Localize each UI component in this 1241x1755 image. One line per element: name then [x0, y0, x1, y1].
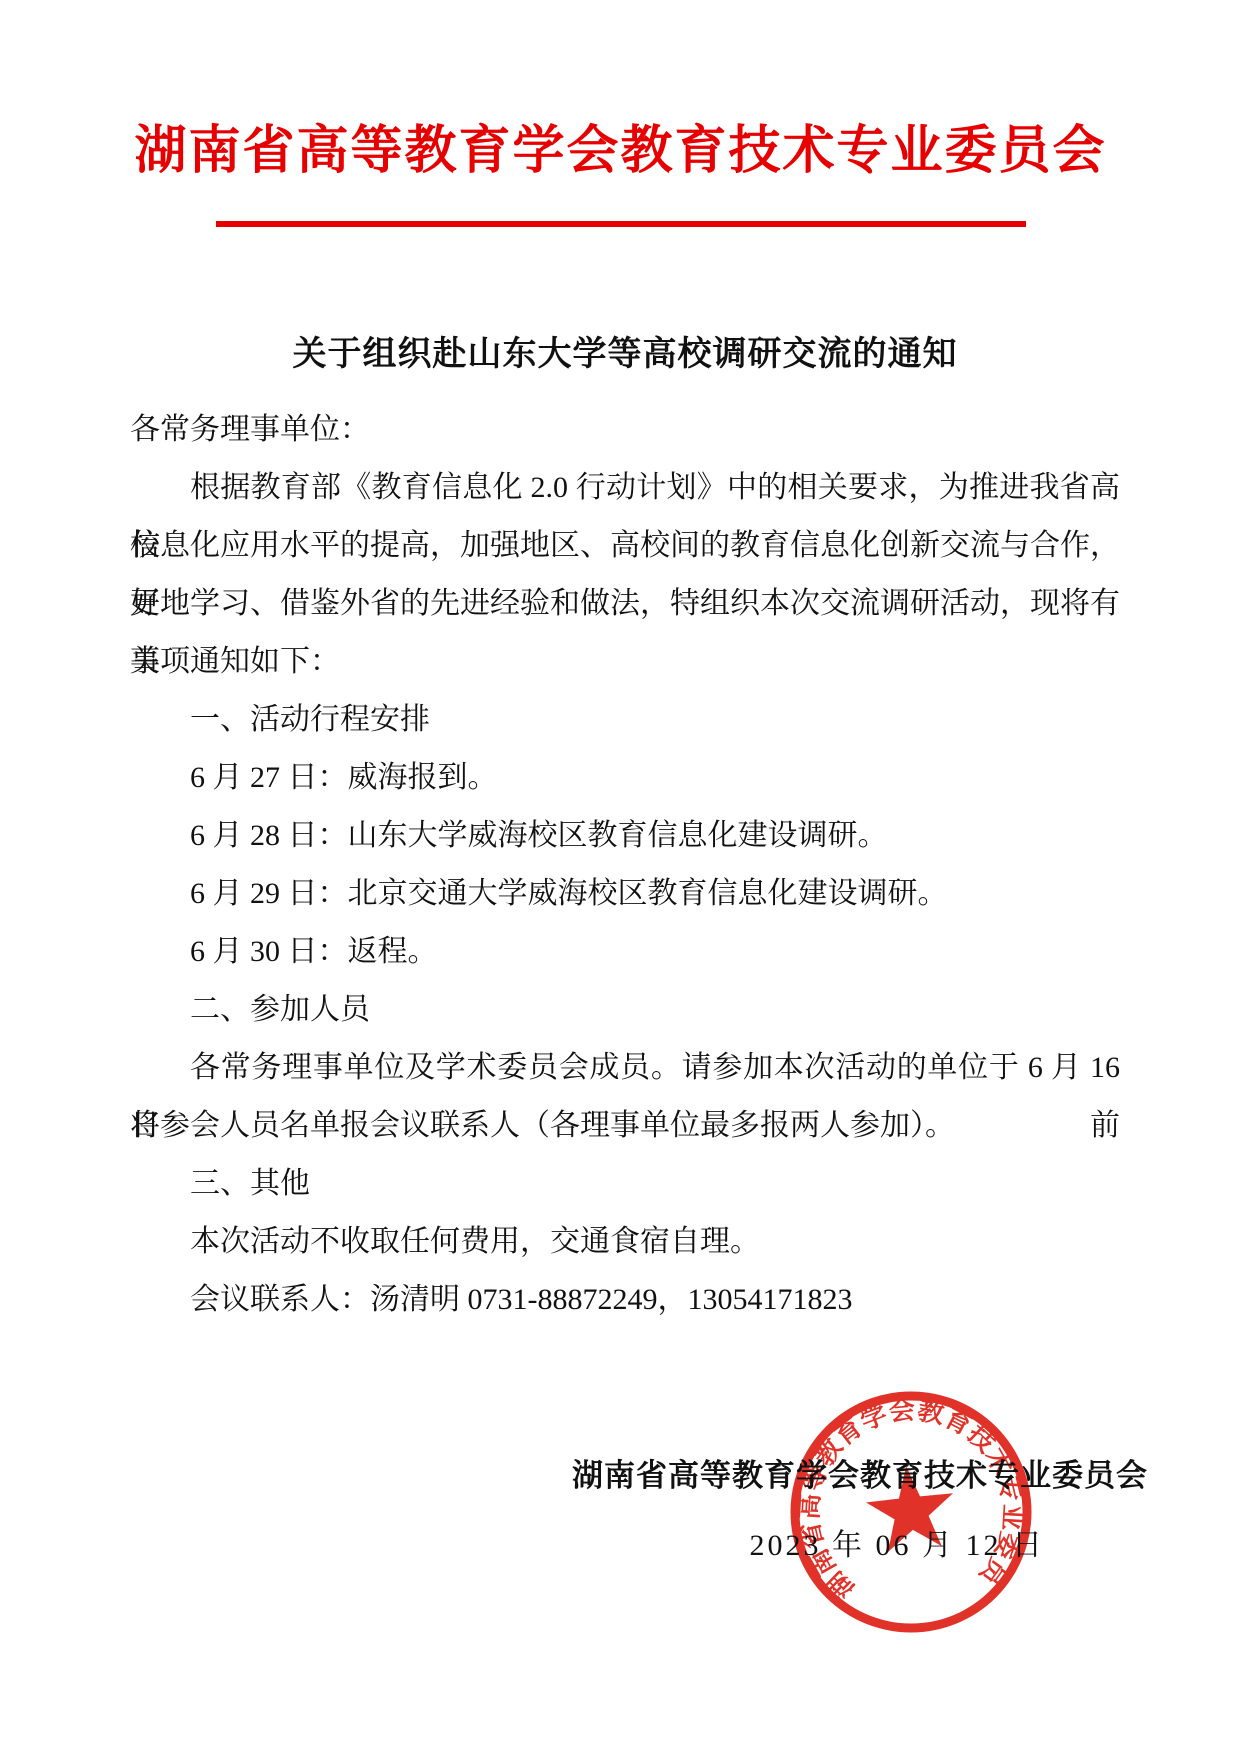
body-line: 6 月 27 日：威海报到。: [130, 749, 1120, 807]
document-page: 湖南省高等教育学会教育技术专业委员会 关于组织赴山东大学等高校调研交流的通知 各…: [0, 0, 1241, 1755]
body-line: 二、参加人员: [130, 981, 1120, 1039]
signature-org: 湖南省高等教育学会教育技术专业委员会: [572, 1450, 1148, 1495]
document-title: 关于组织赴山东大学等高校调研交流的通知: [130, 326, 1120, 375]
body-line: 6 月 28 日：山东大学威海校区教育信息化建设调研。: [130, 807, 1120, 865]
body-line: 好地学习、借鉴外省的先进经验和做法，特组织本次交流调研活动，现将有关: [130, 575, 1120, 633]
document-body: 各常务理事单位：根据教育部《教育信息化 2.0 行动计划》中的相关要求，为推进我…: [130, 401, 1120, 1329]
body-line: 会议联系人：汤清明 0731-88872249，13054171823: [130, 1271, 1120, 1329]
letterhead-org-name: 湖南省高等教育学会教育技术专业委员会: [0, 108, 1241, 183]
body-line: 信息化应用水平的提高，加强地区、高校间的教育信息化创新交流与合作，更: [130, 517, 1120, 575]
body-line: 6 月 30 日：返程。: [130, 923, 1120, 981]
body-line: 6 月 29 日：北京交通大学威海校区教育信息化建设调研。: [130, 865, 1120, 923]
letterhead-divider: [216, 221, 1026, 227]
body-line: 本次活动不收取任何费用，交通食宿自理。: [130, 1213, 1120, 1271]
official-seal: 湖南省高等教育学会教育技术专业委员会: [774, 1375, 1049, 1650]
body-line: 各常务理事单位及学术委员会成员。请参加本次活动的单位于 6 月 16 日前: [130, 1039, 1120, 1097]
body-line: 事项通知如下：: [130, 633, 1120, 691]
signature-date: 2023 年 06 月 12 日: [750, 1520, 1046, 1564]
body-line: 三、其他: [130, 1155, 1120, 1213]
body-line: 一、活动行程安排: [130, 691, 1120, 749]
body-line: 根据教育部《教育信息化 2.0 行动计划》中的相关要求，为推进我省高校: [130, 459, 1120, 517]
body-line: 各常务理事单位：: [130, 401, 1120, 459]
